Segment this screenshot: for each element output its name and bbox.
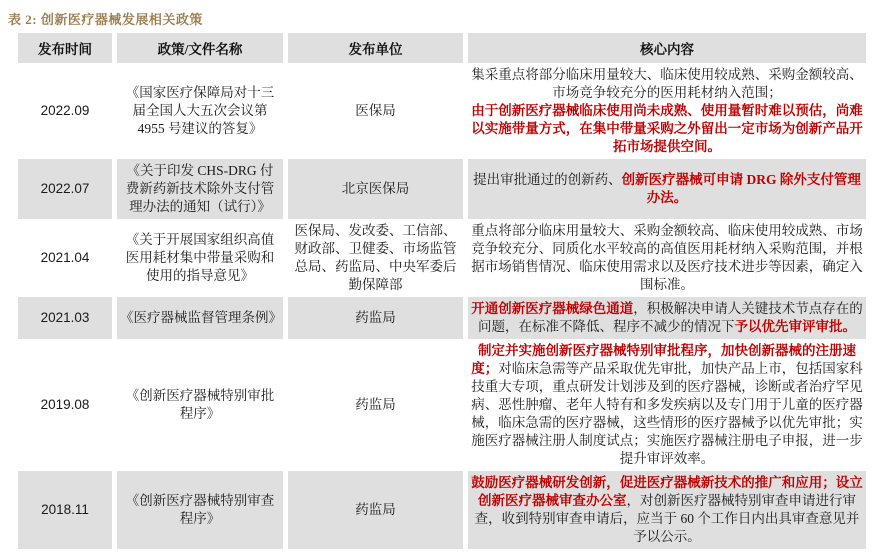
policy-table: 发布时间 政策/文件名称 发布单位 核心内容 2022.09 《国家医疗保障局对… <box>13 33 871 549</box>
table-row: 2021.03 《医疗器械监督管理条例》 药监局 开通创新医疗器械绿色通道，积极… <box>18 297 866 339</box>
content-text: 对临床急需等产品采取优先审批，加快产品上市，包括国家科技重大专项，重点研发计划涉… <box>471 361 863 466</box>
table-row: 2022.07 《关于印发 CHS-DRG 付费新药新技术除外支付管理办法的通知… <box>18 159 866 219</box>
policy-cell: 《创新医疗器械特别审查程序》 <box>117 471 283 549</box>
content-cell: 重点将部分临床用量较大、采购金额较高、临床使用较成熟、市场竞争较充分、同质化水平… <box>468 219 866 297</box>
header-unit: 发布单位 <box>288 33 463 63</box>
table-row: 2022.09 《国家医疗保障局对十三届全国人大五次会议第 4955 号建议的答… <box>18 63 866 159</box>
header-date: 发布时间 <box>18 33 112 63</box>
content-text: 重点将部分临床用量较大、采购金额较高、临床使用较成熟、市场竞争较充分、同质化水平… <box>471 223 863 292</box>
policy-cell: 《关于开展国家组织高值医用耗材集中带量采购和使用的指导意见》 <box>117 219 283 297</box>
unit-cell: 北京医保局 <box>288 159 463 219</box>
header-policy: 政策/文件名称 <box>117 33 283 63</box>
report-page: 表 2: 创新医疗器械发展相关政策 发布时间 政策/文件名称 发布单位 核心内容… <box>0 0 893 553</box>
date-cell: 2021.03 <box>18 297 112 339</box>
content-text: 提出审批通过的创新药、 <box>473 172 622 187</box>
content-cell: 提出审批通过的创新药、创新医疗器械可申请 DRG 除外支付管理办法。 <box>468 159 866 219</box>
table-row: 2019.08 《创新医疗器械特别审批程序》 药监局 制定并实施创新医疗器械特别… <box>18 339 866 471</box>
unit-cell: 药监局 <box>288 339 463 471</box>
date-cell: 2022.07 <box>18 159 112 219</box>
table-row: 2018.11 《创新医疗器械特别审查程序》 药监局 鼓励医疗器械研发创新，促进… <box>18 471 866 549</box>
table-title-text: 表 2: 创新医疗器械发展相关政策 <box>8 12 203 27</box>
content-cell: 鼓励医疗器械研发创新，促进医疗器械新技术的推广和应用；设立创新医疗器械审查办公室… <box>468 471 866 549</box>
policy-cell: 《关于印发 CHS-DRG 付费新药新技术除外支付管理办法的通知（试行）》 <box>117 159 283 219</box>
unit-cell: 药监局 <box>288 471 463 549</box>
content-highlight-text: 创新医疗器械可申请 DRG 除外支付管理办法。 <box>622 172 861 205</box>
unit-cell: 医保局 <box>288 63 463 159</box>
content-text: 集采重点将部分临床用量较大、临床使用较成熟、采购金额较高、市场竞争较充分的医用耗… <box>471 67 863 100</box>
unit-cell: 药监局 <box>288 297 463 339</box>
date-cell: 2019.08 <box>18 339 112 471</box>
table-row: 2021.04 《关于开展国家组织高值医用耗材集中带量采购和使用的指导意见》 医… <box>18 219 866 297</box>
date-cell: 2018.11 <box>18 471 112 549</box>
content-highlight-text: 由于创新医疗器械临床使用尚未成熟、使用量暂时难以预估，尚难以实施带量方式，在集中… <box>471 103 863 154</box>
table-body: 2022.09 《国家医疗保障局对十三届全国人大五次会议第 4955 号建议的答… <box>18 63 866 549</box>
content-cell: 集采重点将部分临床用量较大、临床使用较成熟、采购金额较高、市场竞争较充分的医用耗… <box>468 63 866 159</box>
header-row: 发布时间 政策/文件名称 发布单位 核心内容 <box>18 33 866 63</box>
policy-cell: 《国家医疗保障局对十三届全国人大五次会议第 4955 号建议的答复》 <box>117 63 283 159</box>
unit-cell: 医保局、发改委、工信部、财政部、卫健委、市场监管总局、药监局、中央军委后勤保障部 <box>288 219 463 297</box>
table-title: 表 2: 创新医疗器械发展相关政策 <box>8 9 893 28</box>
content-cell: 制定并实施创新医疗器械特别审批程序，加快创新器械的注册速度；对临床急需等产品采取… <box>468 339 866 471</box>
date-cell: 2022.09 <box>18 63 112 159</box>
content-highlight-text: 予以优先审评审批。 <box>735 319 857 334</box>
content-cell: 开通创新医疗器械绿色通道，积极解决申请人关键技术节点存在的问题，在标准不降低、程… <box>468 297 866 339</box>
date-cell: 2021.04 <box>18 219 112 297</box>
header-content: 核心内容 <box>468 33 866 63</box>
policy-cell: 《医疗器械监督管理条例》 <box>117 297 283 339</box>
content-highlight-text: 开通创新医疗器械绿色通道 <box>471 301 633 316</box>
policy-cell: 《创新医疗器械特别审批程序》 <box>117 339 283 471</box>
